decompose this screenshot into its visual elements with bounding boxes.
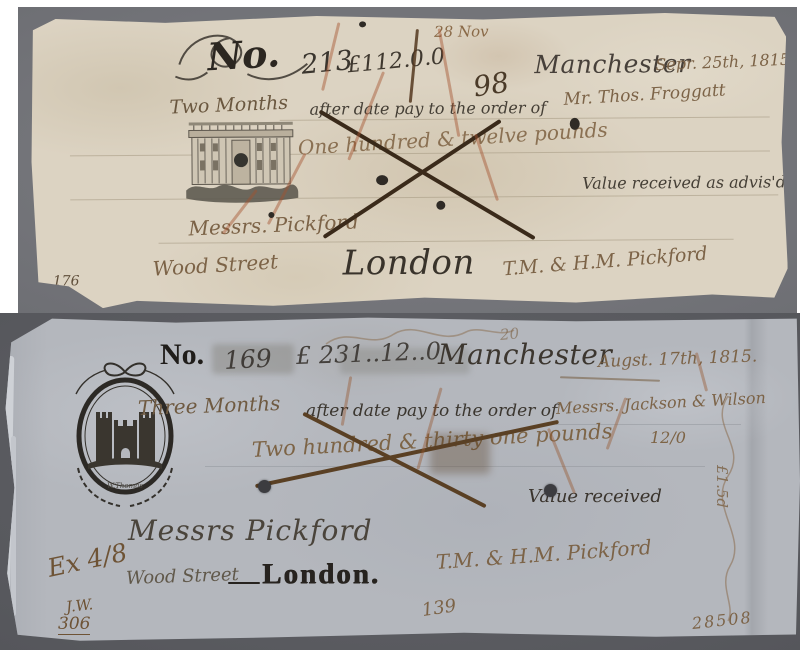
top-bill-of-exchange: No. 213 £112.0.0 98 28 Nov Manchester Se… (29, 10, 788, 308)
top-bill-photo: No. 213 £112.0.0 98 28 Nov Manchester Se… (18, 7, 797, 313)
ink-blot (268, 212, 274, 218)
drawer-signature: T.M. & H.M. Pickford (502, 243, 708, 281)
amount-fraction: 12/0 (650, 428, 686, 447)
baseline-rule (70, 194, 778, 200)
punch-hole (234, 153, 248, 167)
ink-smudge (430, 434, 490, 474)
castle-emblem-icon: W.Thomas (58, 356, 193, 511)
bottom-bill-of-exchange: 20 No. 169 £ 231..12..0 Manchester Augst… (0, 316, 800, 646)
ink-blot (359, 21, 366, 27)
edge-squiggle (688, 386, 768, 626)
city-dash (228, 582, 260, 584)
left-note: Ex 4/8 (45, 538, 130, 583)
center-number: 139 (421, 595, 458, 621)
bill-no-value: 169 (223, 344, 272, 375)
ink-blot (570, 118, 580, 130)
term-months: Three Months (138, 391, 281, 420)
monogram: J.W. (65, 595, 94, 616)
punch-hole (544, 484, 557, 497)
bill-date: Augst. 17th, 1815. (598, 346, 758, 372)
drawee-name: Messrs Pickford (128, 514, 373, 547)
payee-name: Mr. Thos. Froggatt (563, 80, 726, 110)
date-underline (560, 376, 660, 381)
drawee-city: London. (262, 558, 380, 591)
endorsement-date: 28 Nov (434, 22, 489, 40)
bill-no-label: No. (206, 30, 281, 79)
ink-blot (376, 175, 388, 185)
left-number: 306 (58, 614, 90, 635)
emblem-caption: W.Thomas (107, 482, 143, 490)
bottom-bill-photo: 20 No. 169 £ 231..12..0 Manchester Augst… (0, 313, 800, 650)
drawee-street: Wood Street (126, 564, 240, 589)
punch-hole (258, 480, 271, 493)
corner-number: 176 (53, 273, 80, 289)
ink-blot (436, 201, 445, 210)
amount-figures: £ 231..12..0 (296, 337, 442, 370)
value-clause: Value received as advis'd (582, 172, 786, 192)
order-clause: after date pay to the order of (310, 98, 547, 119)
drawee-street: Wood Street (152, 249, 279, 280)
place-name: Manchester (438, 338, 612, 371)
drawer-signature: T.M. & H.M. Pickford (435, 535, 652, 574)
amount-figures: £112.0.0 (346, 44, 446, 78)
drawee-city: London (343, 243, 475, 284)
torn-edge (11, 436, 16, 616)
crayon-scribble (438, 28, 460, 137)
